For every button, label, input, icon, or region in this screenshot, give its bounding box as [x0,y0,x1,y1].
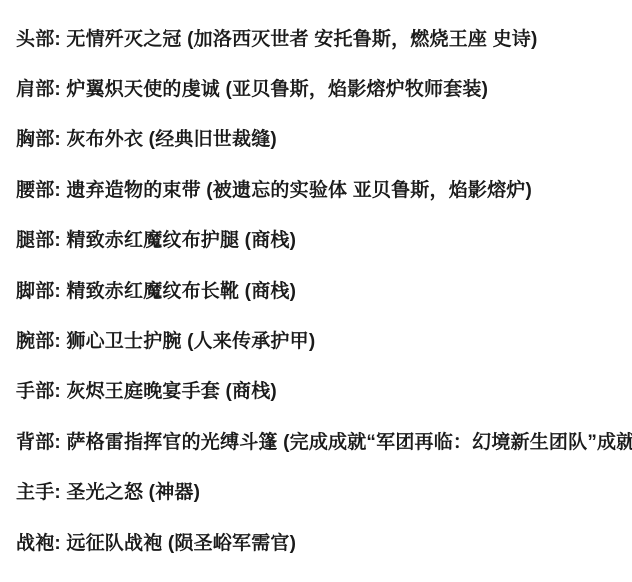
gear-row-back: 背部: 萨格雷指挥官的光缚斗篷 (完成成就“军团再临：幻境新生团队”成就) [16,415,632,465]
gear-row-legs: 腿部: 精致赤红魔纹布护腿 (商栈) [16,214,632,264]
gear-row-main-hand: 主手: 圣光之怒 (神器) [16,466,632,516]
gear-row-head: 头部: 无情歼灭之冠 (加洛西灭世者 安托鲁斯，燃烧王座 史诗) [16,12,632,62]
gear-row-hands: 手部: 灰烬王庭晚宴手套 (商栈) [16,365,632,415]
gear-list: 头部: 无情歼灭之冠 (加洛西灭世者 安托鲁斯，燃烧王座 史诗) 肩部: 炉翼炽… [0,0,632,566]
gear-row-wrist: 腕部: 狮心卫士护腕 (人来传承护甲) [16,314,632,364]
gear-row-waist: 腰部: 遗弃造物的束带 (被遗忘的实验体 亚贝鲁斯，焰影熔炉) [16,163,632,213]
gear-row-tabard: 战袍: 远征队战袍 (陨圣峪军需官) [16,516,632,566]
gear-row-shoulder: 肩部: 炉翼炽天使的虔诚 (亚贝鲁斯，焰影熔炉牧师套装) [16,62,632,112]
gear-row-chest: 胸部: 灰布外衣 (经典旧世裁缝) [16,113,632,163]
gear-row-feet: 脚部: 精致赤红魔纹布长靴 (商栈) [16,264,632,314]
